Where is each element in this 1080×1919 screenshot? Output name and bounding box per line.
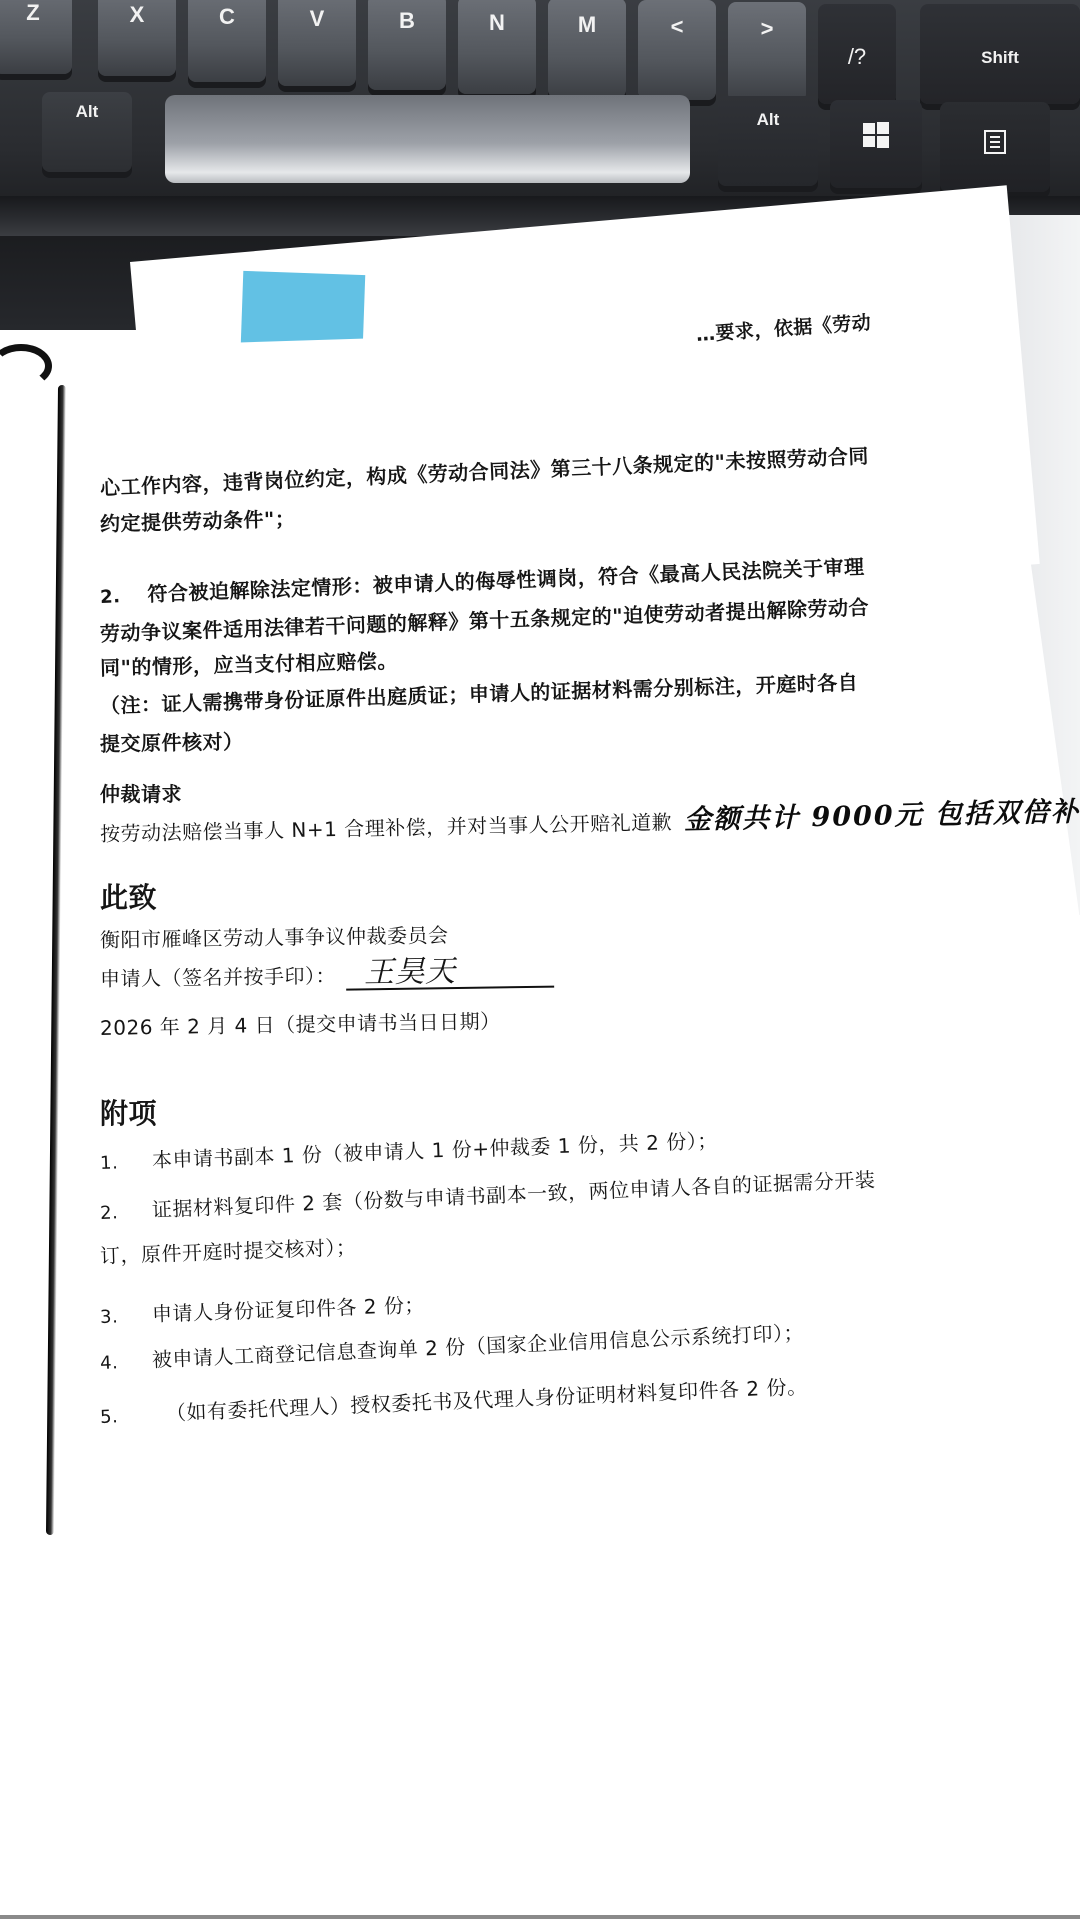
key-c: C: [188, 0, 266, 82]
bottom-edge: [0, 1915, 1080, 1919]
key-b: B: [368, 0, 446, 90]
key-alt-right: Alt: [718, 96, 818, 186]
claims-title: 仲裁请求: [100, 778, 182, 807]
key-comma: <: [638, 0, 716, 100]
key-shift: Shift: [920, 4, 1080, 104]
note-line2: 提交原件核对）: [100, 725, 244, 757]
applicant-signature: 王昊天: [346, 956, 554, 991]
document-page: [0, 320, 1080, 1919]
para1-line2: 约定提供劳动条件"；: [100, 503, 296, 537]
salutation: 此致: [100, 876, 157, 916]
key-slash: /?: [818, 4, 896, 104]
applicant-label: 申请人（签名并按手印）：: [100, 964, 336, 991]
key-space: [165, 95, 690, 183]
key-x: X: [98, 0, 176, 76]
key-alt-left: Alt: [42, 92, 132, 172]
sticky-index-tab: [241, 271, 366, 349]
attachments-title: 附项: [100, 1092, 157, 1132]
para2-number: 2.: [100, 585, 141, 608]
key-windows: [830, 100, 922, 188]
key-v: V: [278, 0, 356, 86]
key-menu: [940, 102, 1050, 192]
windows-key-icon: [863, 122, 889, 154]
key-period: >: [728, 2, 806, 102]
key-m: M: [548, 0, 626, 98]
applicant-line: 申请人（签名并按手印）：王昊天: [100, 956, 554, 994]
menu-key-icon: [984, 130, 1006, 160]
recipient: 衡阳市雁峰区劳动人事争议仲裁委员会: [100, 919, 449, 953]
key-n: N: [458, 0, 536, 94]
key-z: Z: [0, 0, 72, 74]
